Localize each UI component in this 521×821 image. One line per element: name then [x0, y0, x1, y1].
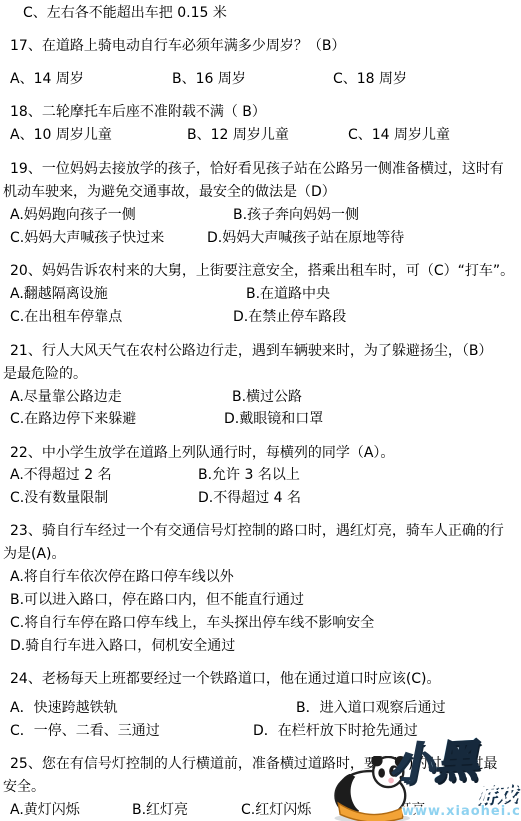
question-text: 安全。	[3, 779, 45, 795]
watermark-url: www.xiaohei.com	[402, 804, 521, 820]
q23-option-c: C.将自行车停在路口停车线上，车头探出停车线不影响安全	[0, 615, 521, 632]
option-b: B、12 周岁儿童	[187, 127, 289, 143]
document-page: C、左右各不能超出车把 0.15 米 17、在道路上骑电动自行车必须年满多少周岁…	[0, 0, 521, 821]
option-b: B.孩子奔向妈妈一侧	[233, 207, 359, 223]
option-a: A、14 周岁	[10, 71, 84, 87]
q19-options-ab: A.妈妈跑向孩子一侧 B.孩子奔向妈妈一侧	[0, 207, 521, 224]
q18-options: A、10 周岁儿童 B、12 周岁儿童 C、14 周岁儿童	[0, 127, 521, 144]
question-text: 21、行人大风天气在农村公路边行走，遇到车辆驶来时，为了躲避扬尘，（B）	[10, 343, 492, 359]
q22-options-ab: A.不得超过 2 名 B.允许 3 名以上	[0, 467, 521, 484]
option-c: C、18 周岁	[333, 71, 407, 87]
q23-option-a: A.将自行车依次停在路口停车线以外	[0, 569, 521, 586]
brand-char-xiao: 小	[388, 738, 435, 791]
option-a: A.尽量靠公路边走	[10, 389, 122, 405]
q20-stem: 20、妈妈告诉农村来的大舅，上街要注意安全，搭乘出租车时，可（C）“打车”。	[0, 263, 521, 280]
option-b: B.可以进入路口，停在路口内，但不能直行通过	[10, 592, 304, 608]
watermark-brand-sub: 游戏	[474, 785, 517, 803]
q21-stem-line2: 是最危险的。	[0, 366, 521, 383]
option-a: A、10 周岁儿童	[10, 127, 112, 143]
option-b: B.横过公路	[232, 389, 302, 405]
brand-char-hei: 黑	[432, 736, 479, 789]
question-text: 18、二轮摩托车后座不准附载不满（ B）	[10, 104, 266, 120]
question-text: 22、中小学生放学在道路上列队通行时，每横列的同学（A）。	[10, 445, 394, 461]
prev-question-option-c: C、左右各不能超出车把 0.15 米	[0, 5, 521, 22]
option-c: C.妈妈大声喊孩子快过来	[10, 230, 164, 246]
option-b: B、16 周岁	[172, 71, 246, 87]
q19-options-cd: C.妈妈大声喊孩子快过来 D.妈妈大声喊孩子站在原地等待	[0, 230, 521, 247]
option-d: D．在栏杆放下时抢先通过	[253, 723, 418, 739]
q21-stem-line1: 21、行人大风天气在农村公路边行走，遇到车辆驶来时，为了躲避扬尘，（B）	[0, 343, 521, 360]
question-text: 是最危险的。	[3, 366, 87, 382]
question-text: 19、一位妈妈去接放学的孩子，恰好看见孩子站在公路另一侧准备横过，这时有	[10, 161, 504, 177]
q21-options-cd: C.在路边停下来躲避 D.戴眼镜和口罩	[0, 411, 521, 428]
option-b: B.红灯亮	[132, 802, 188, 818]
question-text: 20、妈妈告诉农村来的大舅，上街要注意安全，搭乘出租车时，可（C）“打车”。	[10, 263, 514, 279]
watermark-brand: 小黑	[389, 754, 478, 785]
q23-option-b: B.可以进入路口，停在路口内，但不能直行通过	[0, 592, 521, 609]
q20-options-ab: A.翻越隔离设施 B.在道路中央	[0, 286, 521, 303]
option-text: C、左右各不能超出车把 0.15 米	[23, 5, 227, 21]
q18-stem: 18、二轮摩托车后座不准附载不满（ B）	[0, 104, 521, 121]
option-a: A.妈妈跑向孩子一侧	[10, 207, 136, 223]
question-text: 24、老杨每天上班都要经过一个铁路道口，他在通过道口时应该(C)。	[10, 671, 441, 687]
option-b: B.允许 3 名以上	[198, 467, 300, 483]
watermark: 小黑 游戏 www.xiaohei.com	[326, 752, 521, 821]
option-b: B．进入道口观察后通过	[296, 700, 446, 716]
q20-options-cd: C.在出租车停靠点 D.在禁止停车路段	[0, 309, 521, 326]
q21-options-ab: A.尽量靠公路边走 B.横过公路	[0, 389, 521, 406]
question-text: 机动车驶来，为避免交通事故，最安全的做法是（D）	[3, 184, 336, 200]
option-a: A.黄灯闪烁	[10, 802, 80, 818]
option-d: D.不得超过 4 名	[198, 490, 301, 506]
q22-options-cd: C.没有数量限制 D.不得超过 4 名	[0, 490, 521, 507]
q19-stem-line2: 机动车驶来，为避免交通事故，最安全的做法是（D）	[0, 184, 521, 201]
question-text: 为是(A)。	[3, 546, 66, 562]
option-a: A.不得超过 2 名	[10, 467, 112, 483]
q22-stem: 22、中小学生放学在道路上列队通行时，每横列的同学（A）。	[0, 445, 521, 462]
option-c: C.红灯闪烁	[241, 802, 311, 818]
option-d: D.骑自行车进入路口，伺机安全通过	[10, 638, 235, 654]
q23-stem-line1: 23、骑自行车经过一个有交通信号灯控制的路口时，遇红灯亮，骑车人正确的行	[0, 523, 521, 540]
q24-stem: 24、老杨每天上班都要经过一个铁路道口，他在通过道口时应该(C)。	[0, 671, 521, 688]
option-c: C.在路边停下来躲避	[10, 411, 136, 427]
q17-options: A、14 周岁 B、16 周岁 C、18 周岁	[0, 71, 521, 88]
question-text: 17、在道路上骑电动自行车必须年满多少周岁？（B）	[10, 38, 345, 54]
option-b: B.在道路中央	[246, 286, 330, 302]
option-c: C．一停、二看、三通过	[10, 723, 160, 739]
option-c: C、14 周岁儿童	[348, 127, 450, 143]
q23-stem-line2: 为是(A)。	[0, 546, 521, 563]
option-d: D.妈妈大声喊孩子站在原地等待	[207, 230, 404, 246]
option-c: C.将自行车停在路口停车线上，车头探出停车线不影响安全	[10, 615, 374, 631]
option-c: C.没有数量限制	[10, 490, 108, 506]
option-a: A.翻越隔离设施	[10, 286, 108, 302]
option-a: A．快速跨越铁轨	[10, 700, 118, 716]
q24-options-ab: A．快速跨越铁轨 B．进入道口观察后通过	[0, 700, 521, 717]
option-d: D.戴眼镜和口罩	[224, 411, 323, 427]
q19-stem-line1: 19、一位妈妈去接放学的孩子，恰好看见孩子站在公路另一侧准备横过，这时有	[0, 161, 521, 178]
option-d: D.在禁止停车路段	[233, 309, 346, 325]
q23-option-d: D.骑自行车进入路口，伺机安全通过	[0, 638, 521, 655]
option-a: A.将自行车依次停在路口停车线以外	[10, 569, 234, 585]
q17-stem: 17、在道路上骑电动自行车必须年满多少周岁？（B）	[0, 38, 521, 55]
option-c: C.在出租车停靠点	[10, 309, 122, 325]
question-text: 23、骑自行车经过一个有交通信号灯控制的路口时，遇红灯亮，骑车人正确的行	[10, 523, 504, 539]
